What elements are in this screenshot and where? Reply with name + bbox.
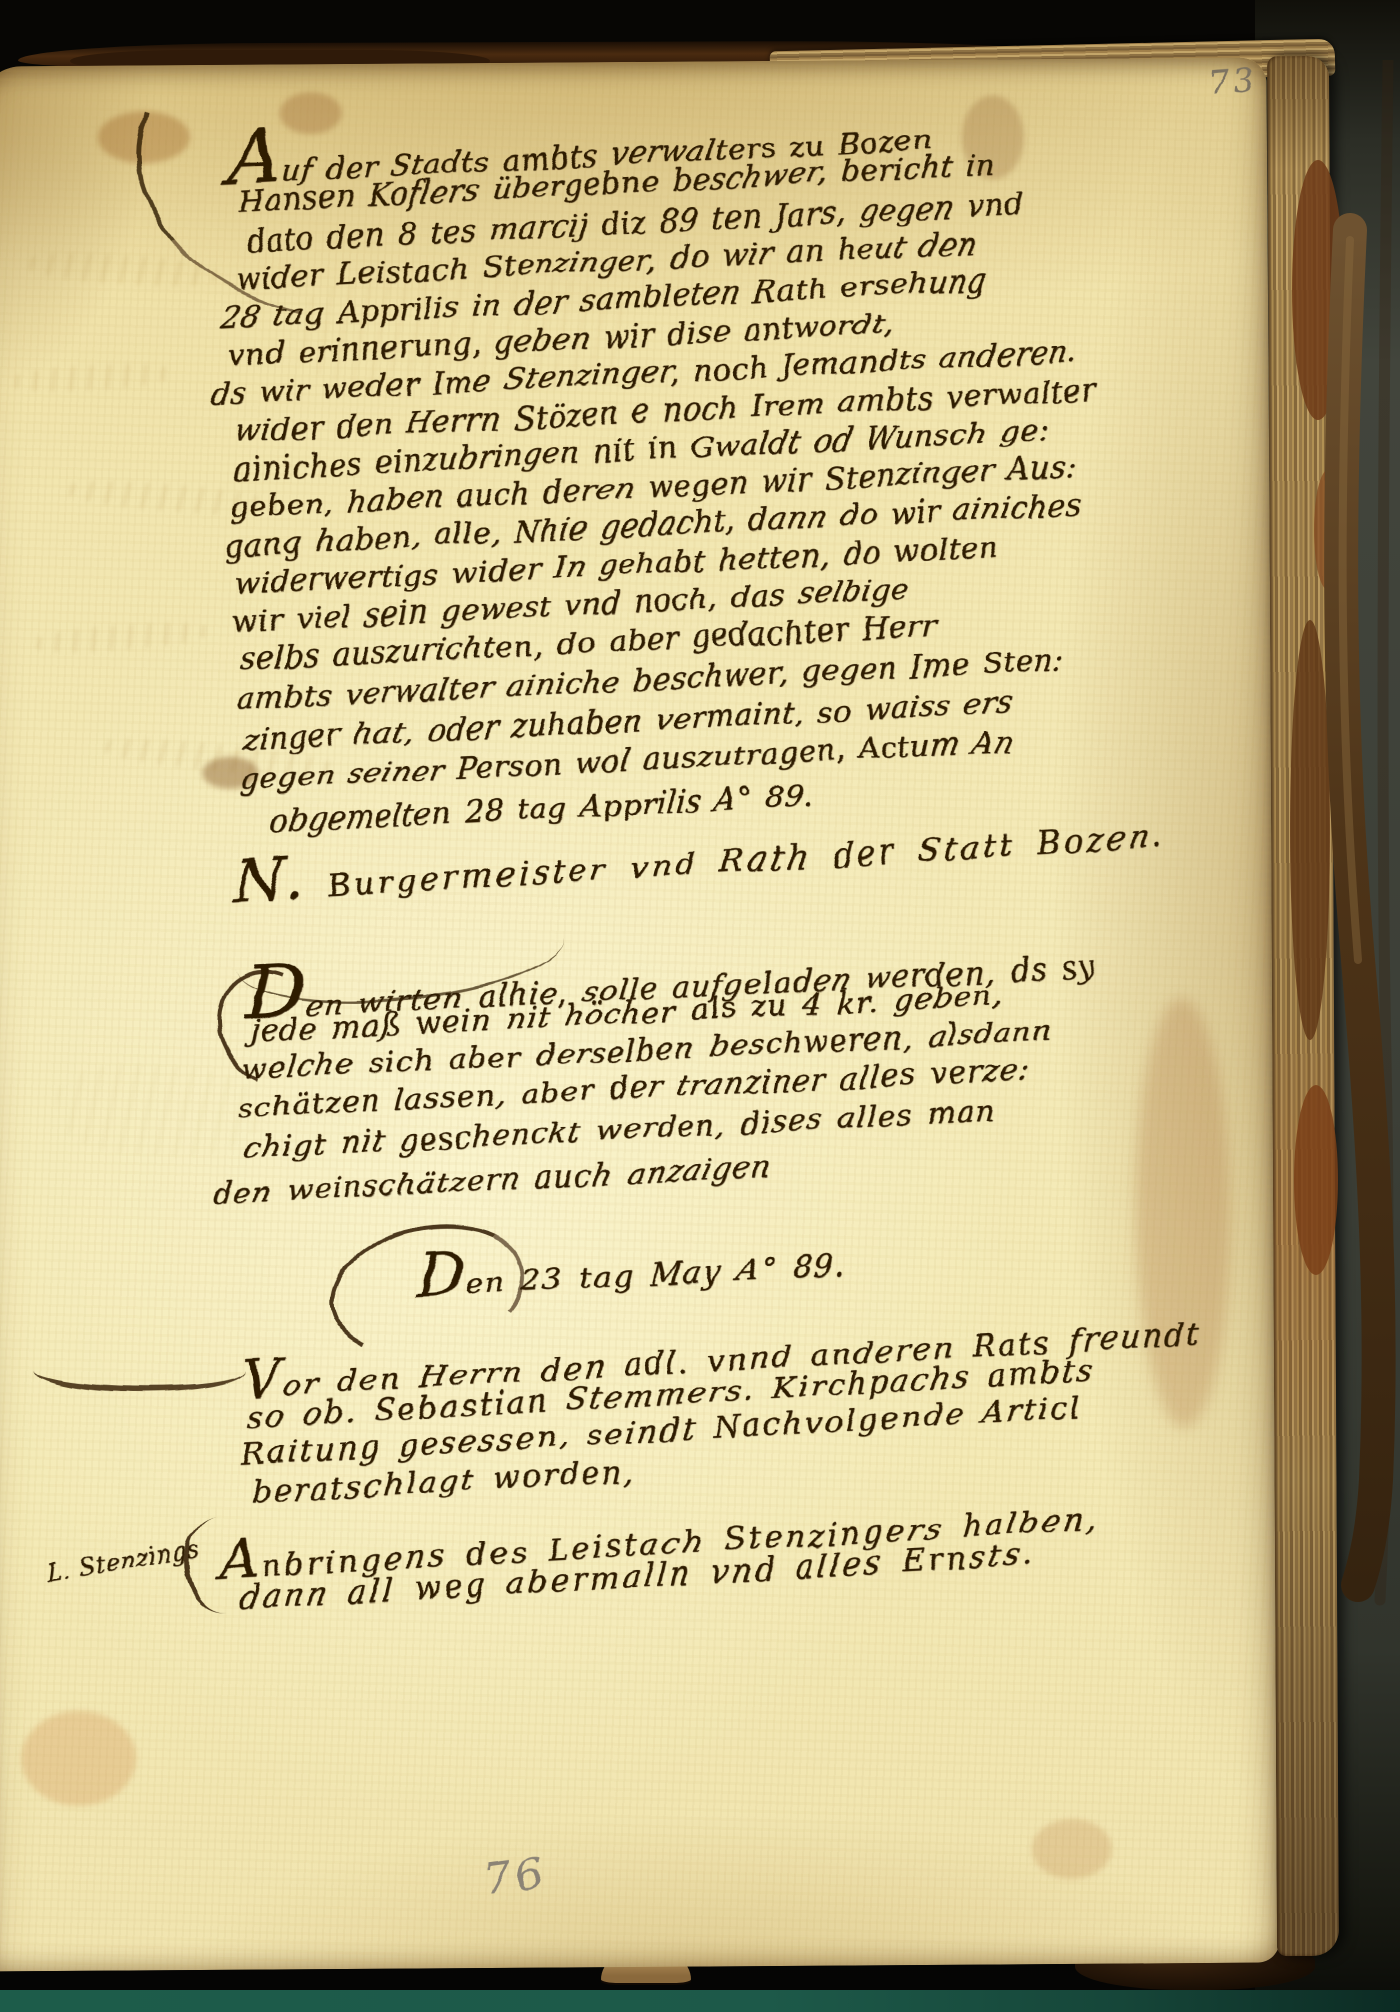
leather-remnant — [1290, 620, 1330, 1040]
manuscript-page: 73 Auf der Stadts ambts verwalters zu Bo… — [0, 58, 1280, 1972]
leather-strap — [1288, 60, 1400, 1660]
date-line: Den 23 tag May A° 89. — [416, 1237, 848, 1304]
handwriting-layer: 73 Auf der Stadts ambts verwalters zu Bo… — [0, 58, 1280, 1972]
leather-remnant — [1294, 1085, 1338, 1275]
table-edge — [0, 1990, 1400, 2012]
margin-note: L. Stenzings — [45, 1531, 201, 1593]
lead-in-flourish — [34, 1343, 248, 1399]
folio-number: 73 — [1207, 62, 1258, 102]
pencil-page-number: 76 — [482, 1855, 550, 1899]
